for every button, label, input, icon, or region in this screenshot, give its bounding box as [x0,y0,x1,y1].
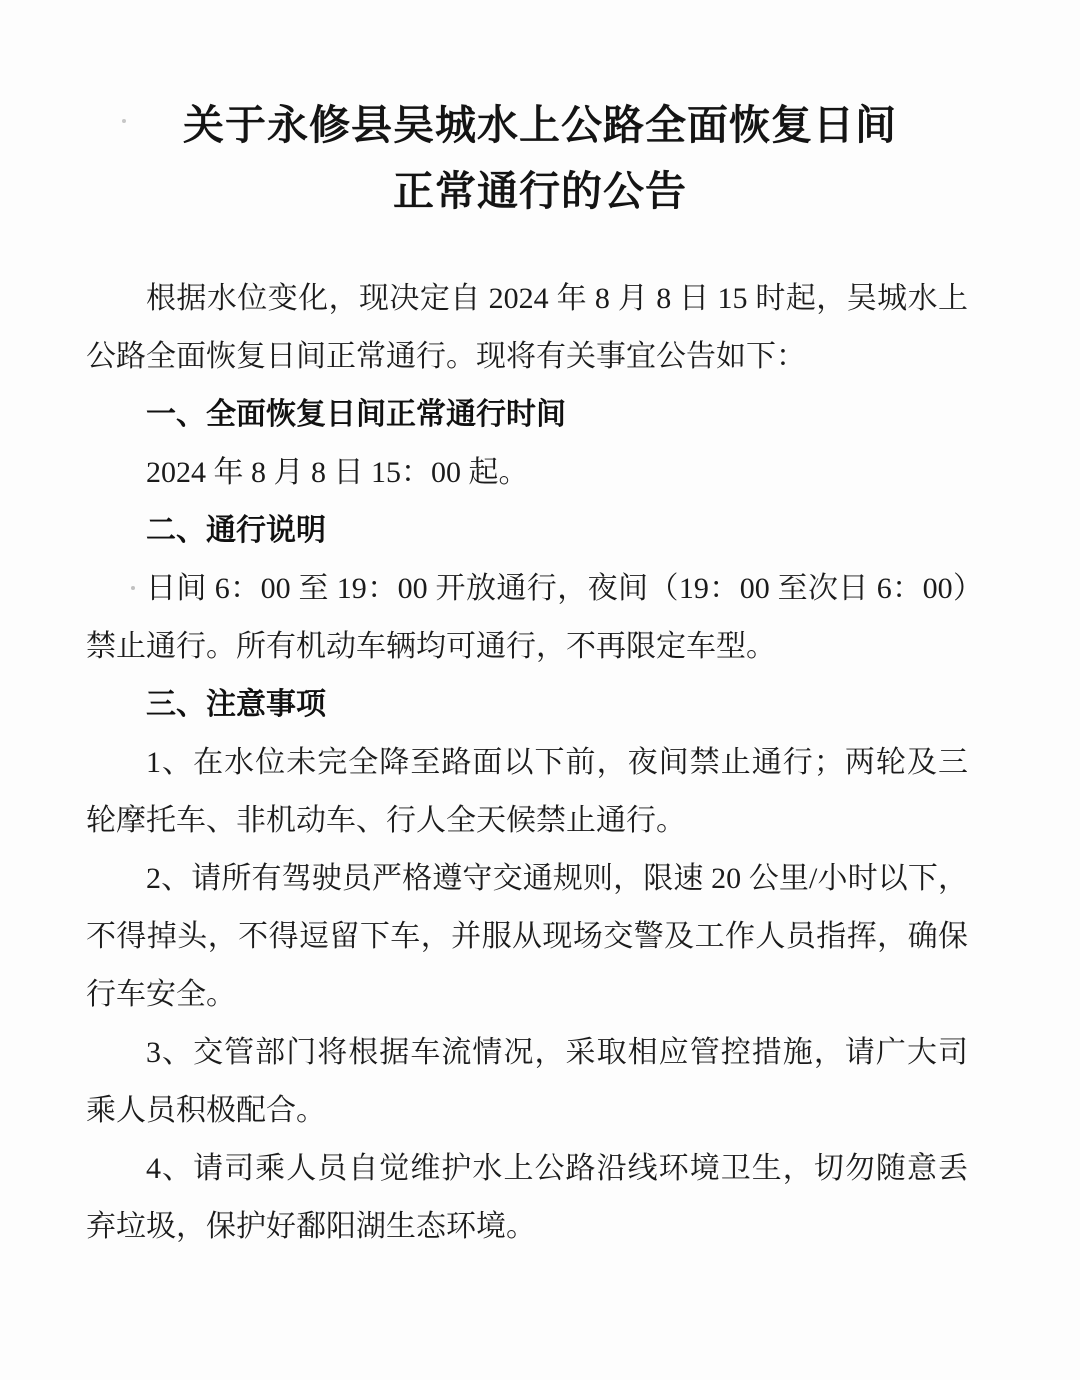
doc-title-line2: 正常通行的公告 [0,158,1080,224]
section-3-item-3: 3、交管部门将根据车流情况，采取相应管控措施，请广大司乘人员积极配合。 [86,1024,968,1140]
section-3-item-4: 4、请司乘人员自觉维护水上公路沿线环境卫生，切勿随意丢弃垃圾，保护好鄱阳湖生态环… [86,1140,968,1256]
section-3-heading: 三、注意事项 [86,676,968,734]
doc-body: 根据水位变化，现决定自 2024 年 8 月 8 日 15 时起，吴城水上公路全… [0,270,1080,1256]
intro-paragraph: 根据水位变化，现决定自 2024 年 8 月 8 日 15 时起，吴城水上公路全… [86,270,968,386]
section-1-paragraph-1: 2024 年 8 月 8 日 15：00 起。 [86,444,968,502]
scan-speck [122,119,126,123]
section-2-paragraph-1: 日间 6：00 至 19：00 开放通行，夜间（19：00 至次日 6：00）禁… [86,560,968,676]
section-1-heading: 一、全面恢复日间正常通行时间 [86,386,968,444]
section-3-item-1: 1、在水位未完全降至路面以下前，夜间禁止通行；两轮及三轮摩托车、非机动车、行人全… [86,734,968,850]
section-3-item-2: 2、请所有驾驶员严格遵守交通规则，限速 20 公里/小时以下，不得掉头，不得逗留… [86,850,968,1024]
announcement-document-page: 关于永修县吴城水上公路全面恢复日间 正常通行的公告 根据水位变化，现决定自 20… [0,0,1080,1380]
section-2-heading: 二、通行说明 [86,502,968,560]
doc-title-line1: 关于永修县吴城水上公路全面恢复日间 [0,92,1080,158]
doc-title: 关于永修县吴城水上公路全面恢复日间 正常通行的公告 [0,0,1080,224]
scan-speck [131,586,135,590]
